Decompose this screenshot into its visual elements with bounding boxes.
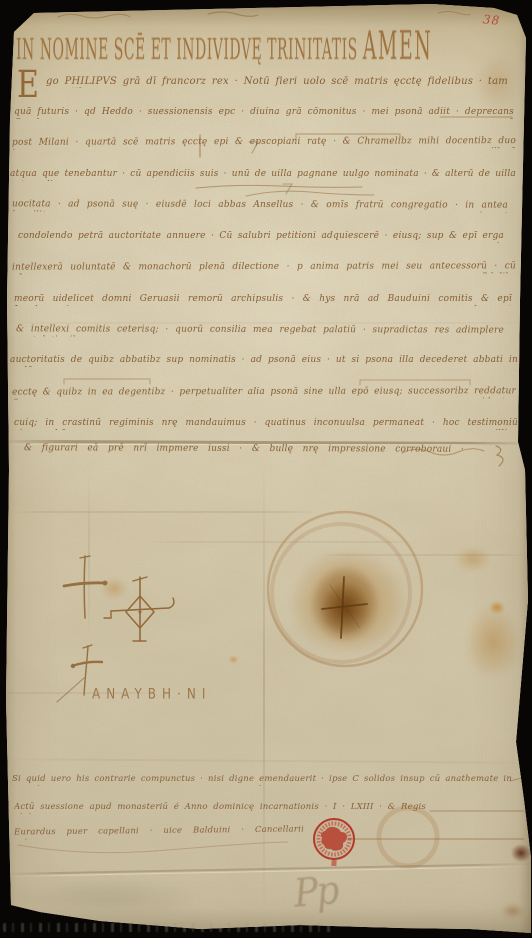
folio-number: 38 xyxy=(482,12,500,27)
over-bracket xyxy=(360,380,470,385)
invocation-amen: AMEN xyxy=(363,24,433,69)
charter-text-line: atqua que tenebantur · cū apendiciis sui… xyxy=(10,169,516,181)
photo-edge-speckles xyxy=(3,923,333,932)
seal-cross-mark xyxy=(322,577,367,638)
charter-text-line: go PHILIPVS grā dī francorz rex · Notū f… xyxy=(46,76,508,88)
seal-stain-dark xyxy=(317,580,373,638)
fold-crease-lower-highlight xyxy=(0,866,532,877)
charter-text-line: ecctę & quibz in ea degentibz · perpetua… xyxy=(12,386,516,399)
seal-stain-halo xyxy=(272,534,424,670)
archival-scribble xyxy=(58,14,130,18)
vertical-crease-1 xyxy=(263,455,265,920)
bottom-left-tinge xyxy=(0,876,210,920)
charter-text-line: & figurari eā prē nrī impmere iussi · & … xyxy=(24,443,464,457)
maroon-edge-spot xyxy=(510,843,532,863)
right-stain-small xyxy=(452,544,494,574)
line-filler-dash xyxy=(510,777,526,781)
over-bracket xyxy=(64,379,150,384)
sanction-line: Si quid uero his contrarie compunctus · … xyxy=(12,774,512,786)
red-library-stamp xyxy=(309,815,359,867)
interlinear-mark xyxy=(283,184,292,194)
charter-text-line: cuiq; in crastinū regiminis nrę mandauim… xyxy=(14,418,518,430)
signature-cross-upper xyxy=(64,556,107,618)
charter-text-line: quā futuris · qd Heddo · suessionensis e… xyxy=(14,107,514,119)
seal-stain-core xyxy=(303,558,387,650)
ring-stain xyxy=(379,808,437,866)
closing-flourish xyxy=(496,446,503,466)
connecting-stroke xyxy=(18,842,288,853)
faint-crease-1 xyxy=(0,758,532,764)
seal-ring-stain xyxy=(268,512,422,666)
parchment-sheet: IN NOMINE SCĒ ET INDIVIDVĘ TRINITATIS AM… xyxy=(0,0,532,938)
invocation-text: IN NOMINE SCĒ ET INDIVIDVĘ TRINITATIS xyxy=(16,34,363,67)
monogram-stain xyxy=(98,576,130,601)
mid-dot xyxy=(228,655,239,664)
decorated-initial: E xyxy=(17,63,39,107)
invocation-line: IN NOMINE SCĒ ET INDIVIDVĘ TRINITATIS AM… xyxy=(16,24,452,69)
stamp-mark-below xyxy=(331,860,336,866)
ruling-line-2 xyxy=(150,541,420,543)
orange-spot xyxy=(488,600,506,615)
vertical-crease-2 xyxy=(88,470,90,640)
charter-text-line: meorū uidelicet domni Geruasii remorū ar… xyxy=(14,294,512,306)
charter-text-line: auctoritatis de quibz abbatibz sup nomin… xyxy=(10,355,518,367)
charter-text-line: & intellexi comitis ceterisq; · quorū co… xyxy=(16,324,504,337)
subscription-line: Eurardus puer capellani · uice Balduini … xyxy=(14,824,304,839)
ruling-line-3 xyxy=(320,554,525,556)
royal-monogram xyxy=(104,577,174,641)
over-brace xyxy=(246,191,374,196)
edge-smudge xyxy=(500,903,526,919)
charter-text-line: uocitata · ad psonā suę · eiusdē loci ab… xyxy=(12,199,508,212)
ruling-line-1 xyxy=(10,511,320,513)
right-stain-large xyxy=(460,598,526,686)
charter-text-line: condolendo petrā auctoritate annuere · C… xyxy=(18,231,504,243)
archival-scribble xyxy=(438,12,470,15)
manuscript-photo: IN NOMINE SCĒ ET INDIVIDVĘ TRINITATIS AM… xyxy=(0,0,532,938)
fold-crease-lower xyxy=(0,863,532,875)
charter-text-line: post Milani · quartā scē matris ęcctę ep… xyxy=(12,136,516,150)
archival-scribble xyxy=(208,12,258,16)
pencil-mark: Pp xyxy=(292,868,339,917)
chancery-letters: ANAYBH·NI xyxy=(92,686,211,702)
dating-line: Actū suessione apud monasteriū é Anno do… xyxy=(14,802,426,814)
charter-text-line: intellexerā uoluntatē & monachorū plenā … xyxy=(12,261,516,274)
underline xyxy=(196,185,362,188)
